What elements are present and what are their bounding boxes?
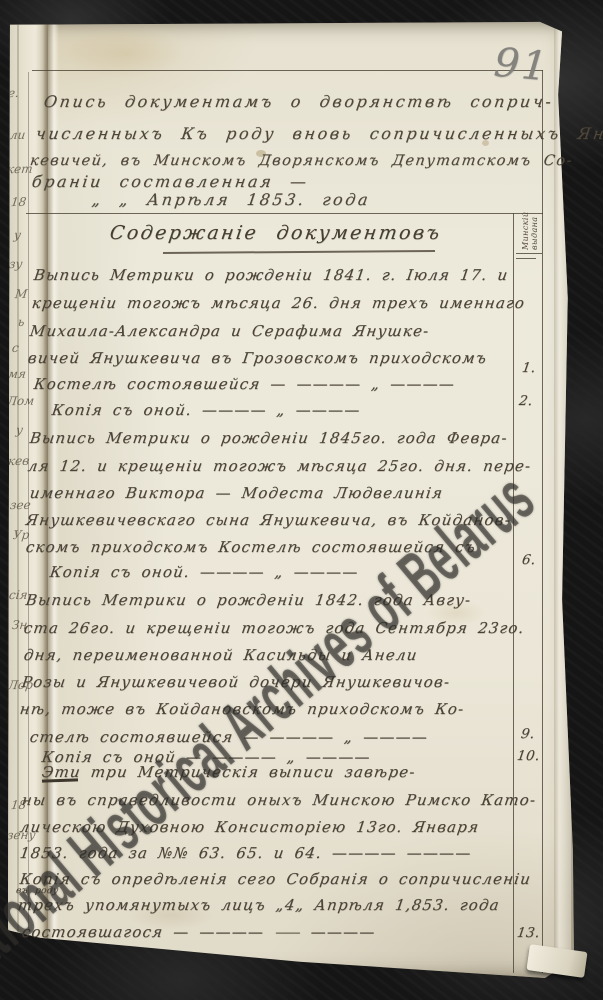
manuscript-line: Выпись Метрики о рожденіи 1841. г. Іюля …: [33, 266, 510, 284]
manuscript-line: ля 12. и крещеніи тогожъ мѣсяца 25го. дн…: [27, 457, 533, 475]
manuscript-line: Михаила-Александра и Серафима Янушке-: [29, 322, 431, 340]
margin-box-stroke: [516, 253, 542, 254]
text-fragment: у: [15, 423, 24, 437]
text-fragment: с: [11, 341, 19, 355]
text-fragment: Лом: [6, 394, 35, 408]
section-title: Содержаніе документовъ: [108, 222, 443, 244]
margin-annotation-line: Минскій: [521, 202, 530, 250]
margin-number: 2.: [518, 393, 534, 409]
text-fragment: е.: [7, 86, 20, 100]
text-fragment: кев: [7, 454, 30, 468]
frame-top-rule: [32, 70, 543, 71]
manuscript-line: состоявшагося — ———— ⸺ ————: [21, 921, 378, 942]
margin-annotation: Минскій выдана: [521, 202, 539, 250]
text-fragment: 18: [10, 195, 27, 209]
manuscript-line: Копія съ оной. ———— „ ————: [49, 563, 360, 581]
archival-scan: е. ли кет 18 у зу М ь с мя Лом у кев зее…: [0, 0, 603, 1000]
margin-number: 10.: [516, 748, 541, 764]
manuscript-heading-line: численныхъ Къ роду вновь сопричисленныхъ…: [35, 124, 603, 143]
text-fragment: ь: [17, 315, 25, 329]
margin-annotation-line: выдана: [530, 202, 539, 250]
text-fragment: М: [14, 287, 28, 301]
manuscript-heading-line: кевичей, въ Минскомъ Дворянскомъ Депутат…: [29, 153, 574, 169]
manuscript-line: Выпись Метрики о рожденіи 1845го. года Ф…: [29, 429, 509, 447]
manuscript-line: Костелѣ состоявшейся — ———— „ ————: [33, 375, 457, 393]
margin-box-stroke: [516, 258, 536, 259]
margin-number: 9.: [520, 726, 536, 742]
margin-number: 6.: [521, 552, 537, 568]
manuscript-line: Копія съ оной. ———— „ ————: [51, 401, 362, 419]
manuscript-line: крещеніи тогожъ мѣсяца 26. дня трехъ име…: [31, 294, 527, 312]
text-fragment: зу: [8, 257, 23, 271]
margin-number: 13.: [516, 925, 541, 941]
manuscript-heading-line: Опись документамъ о дворянствѣ соприч-: [43, 92, 555, 111]
text-fragment: ли: [9, 128, 26, 142]
folio-number: 91: [492, 40, 551, 91]
margin-column-border: [513, 213, 514, 973]
frame-header-rule: [26, 213, 543, 214]
manuscript-heading-line: браніи составленная —: [31, 172, 310, 191]
text-fragment: мя: [7, 367, 27, 381]
manuscript-line: ста 26го. и крещеніи тогожъ года Сентябр…: [23, 619, 526, 637]
manuscript-line: именнаго Виктора — Модеста Людвелинія: [29, 484, 445, 502]
manuscript-line: вичей Янушкевича въ Грозовскомъ приходск…: [27, 349, 489, 367]
text-fragment: у: [13, 228, 22, 242]
manuscript-heading-line: „ „ Апрѣля 1853. года: [91, 190, 372, 209]
margin-number: 1.: [521, 360, 537, 376]
